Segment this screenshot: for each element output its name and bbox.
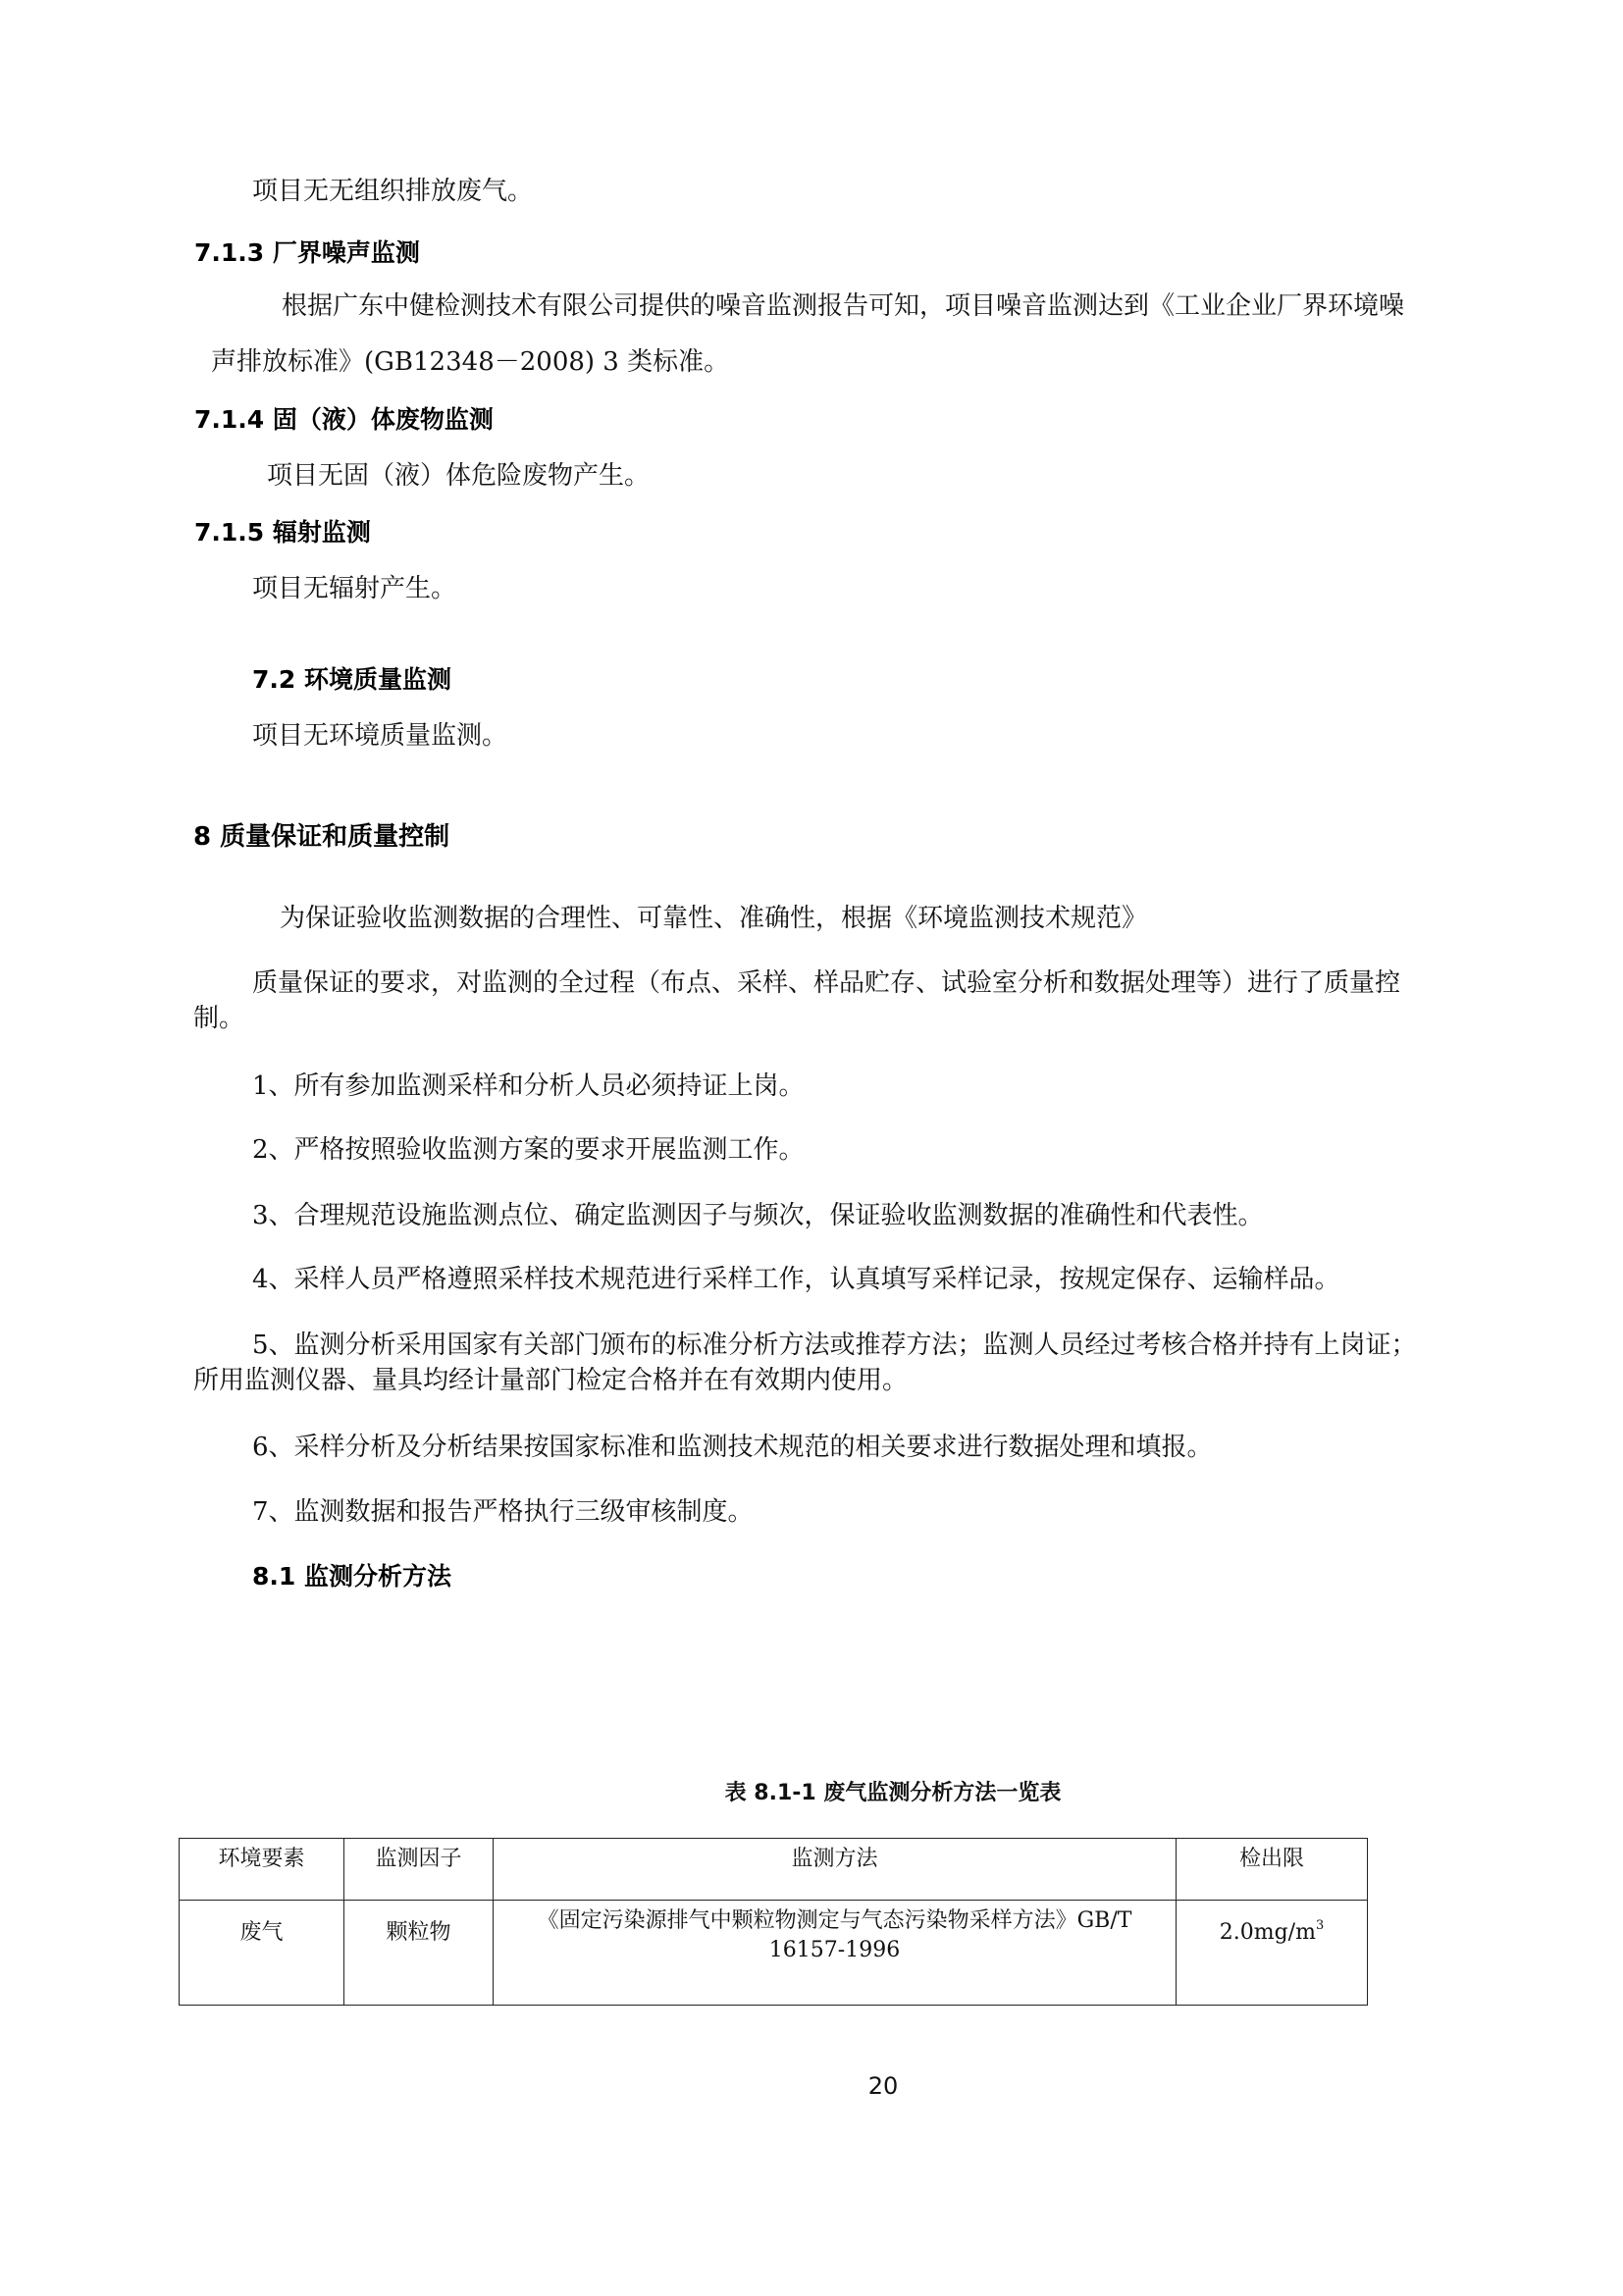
body-text: 质量保证的要求，对监测的全过程（布点、采样、样品贮存、试验室分析和数据处理等）进… xyxy=(252,967,1400,999)
body-text: 为保证验收监测数据的合理性、可靠性、准确性，根据《环境监测技术规范》 xyxy=(280,903,1147,934)
cell-element: 废气 xyxy=(180,1901,344,2006)
list-item: 1、所有参加监测采样和分析人员必须持证上岗。 xyxy=(252,1070,805,1102)
method-line: 16157-1996 xyxy=(497,1936,1172,1965)
list-item: 4、采样人员严格遵照采样技术规范进行采样工作，认真填写采样记录，按规定保存、运输… xyxy=(252,1264,1340,1295)
cell-method: 《固定污染源排气中颗粒物测定与气态污染物采样方法》GB/T 16157-1996 xyxy=(494,1901,1177,2006)
list-item: 7、监测数据和报告严格执行三级审核制度。 xyxy=(252,1496,754,1528)
body-text: 项目无环境质量监测。 xyxy=(252,720,507,752)
header-cell: 环境要素 xyxy=(180,1839,344,1901)
list-item: 2、严格按照验收监测方案的要求开展监测工作。 xyxy=(252,1134,805,1166)
limit-exponent: 3 xyxy=(1316,1918,1324,1933)
list-item-continuation: 所用监测仪器、量具均经计量部门检定合格并在有效期内使用。 xyxy=(193,1365,908,1396)
table-header-row: 环境要素 监测因子 监测方法 检出限 xyxy=(180,1839,1368,1901)
heading-8-1: 8.1 监测分析方法 xyxy=(252,1561,451,1592)
analysis-method-table: 环境要素 监测因子 监测方法 检出限 废气 颗粒物 《固定污染源排气中颗粒物测定… xyxy=(179,1838,1368,2006)
body-text: 项目无固（液）体危险废物产生。 xyxy=(267,460,650,492)
header-cell: 监测因子 xyxy=(344,1839,494,1901)
heading-7-1-4: 7.1.4 固（液）体废物监测 xyxy=(194,404,494,436)
heading-8: 8 质量保证和质量控制 xyxy=(193,821,449,853)
method-line: 《固定污染源排气中颗粒物测定与气态污染物采样方法》GB/T xyxy=(497,1906,1172,1936)
body-text: 项目无辐射产生。 xyxy=(252,573,456,604)
table-row: 废气 颗粒物 《固定污染源排气中颗粒物测定与气态污染物采样方法》GB/T 161… xyxy=(180,1901,1368,2006)
cell-limit: 2.0mg/m3 xyxy=(1177,1901,1368,2006)
limit-value: 2.0mg/m xyxy=(1220,1920,1316,1945)
body-text: 声排放标准》(GB12348－2008) 3 类标准。 xyxy=(211,346,729,378)
header-cell: 监测方法 xyxy=(494,1839,1177,1901)
heading-7-1-3: 7.1.3 厂界噪声监测 xyxy=(194,237,420,269)
header-cell: 检出限 xyxy=(1177,1839,1368,1901)
body-text: 制。 xyxy=(193,1003,244,1034)
list-item: 5、监测分析采用国家有关部门颁布的标准分析方法或推荐方法；监测人员经过考核合格并… xyxy=(252,1330,1417,1361)
heading-7-1-5: 7.1.5 辐射监测 xyxy=(194,517,371,548)
body-text: 根据广东中健检测技术有限公司提供的噪音监测报告可知，项目噪音监测达到《工业企业厂… xyxy=(282,290,1404,322)
cell-factor: 颗粒物 xyxy=(344,1901,494,2006)
list-item: 6、采样分析及分析结果按国家标准和监测技术规范的相关要求进行数据处理和填报。 xyxy=(252,1432,1213,1463)
table-caption: 表 8.1-1 废气监测分析方法一览表 xyxy=(687,1778,1099,1809)
list-item: 3、合理规范设施监测点位、确定监测因子与频次，保证验收监测数据的准确性和代表性。 xyxy=(252,1200,1264,1231)
heading-7-2: 7.2 环境质量监测 xyxy=(252,664,451,696)
page-number: 20 xyxy=(844,2072,922,2100)
body-text: 项目无无组织排放废气。 xyxy=(252,176,533,207)
